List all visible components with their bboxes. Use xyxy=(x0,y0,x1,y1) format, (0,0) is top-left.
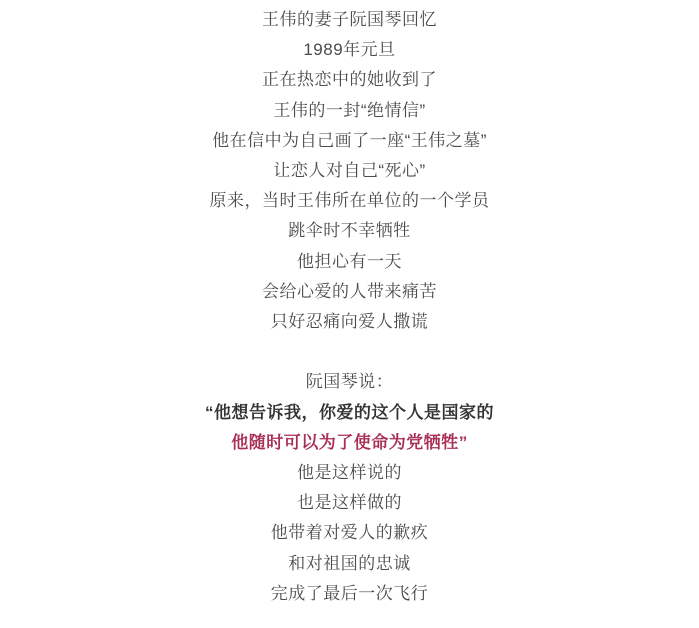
text-line: 王伟的一封“绝情信” xyxy=(0,96,699,126)
paragraph-gap xyxy=(0,337,699,367)
text-line: 让恋人对自己“死心” xyxy=(0,156,699,186)
text-line: 他带着对爱人的歉疚 xyxy=(0,518,699,548)
text-line: 只好忍痛向爱人撒谎 xyxy=(0,307,699,337)
text-line: 他担心有一天 xyxy=(0,247,699,277)
quote-line-red: 他随时可以为了使命为党牺牲” xyxy=(0,428,699,458)
text-line: 完成了最后一次飞行 xyxy=(0,579,699,609)
text-line: 王伟的妻子阮国琴回忆 xyxy=(0,5,699,35)
text-line: 他在信中为自己画了一座“王伟之墓” xyxy=(0,126,699,156)
text-line: 跳伞时不幸牺牲 xyxy=(0,216,699,246)
text-line: 正在热恋中的她收到了 xyxy=(0,65,699,95)
text-line: 也是这样做的 xyxy=(0,488,699,518)
quote-intro-line: 阮国琴说： xyxy=(0,367,699,397)
text-line: 会给心爱的人带来痛苦 xyxy=(0,277,699,307)
article-body: 王伟的妻子阮国琴回忆 1989年元旦 正在热恋中的她收到了 王伟的一封“绝情信”… xyxy=(0,0,699,609)
text-line: 1989年元旦 xyxy=(0,35,699,65)
text-line: 和对祖国的忠诚 xyxy=(0,549,699,579)
text-line: 原来，当时王伟所在单位的一个学员 xyxy=(0,186,699,216)
text-line: 他是这样说的 xyxy=(0,458,699,488)
quote-line-dark: “他想告诉我，你爱的这个人是国家的 xyxy=(0,398,699,428)
